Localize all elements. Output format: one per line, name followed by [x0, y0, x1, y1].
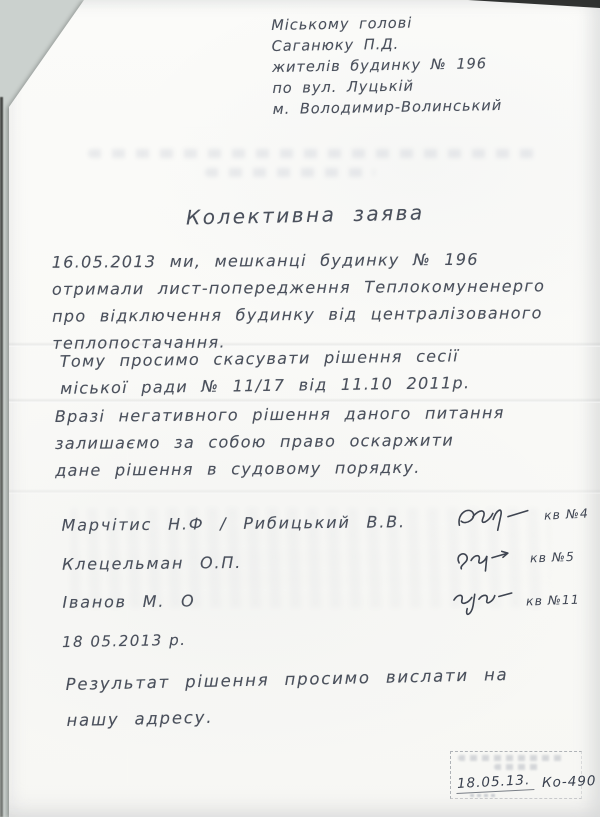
paragraph-3: Вразі негативного рішення даного питання… — [55, 399, 506, 484]
apartment-label: кв №11 — [526, 591, 580, 608]
paragraph-line: залишаємо за собою право оскаржити — [55, 426, 505, 457]
paper-sheet: Міському голові Саганюку П.Д. жителів бу… — [0, 0, 600, 817]
paragraph-line: про відключення будинку від централізова… — [52, 299, 545, 329]
apartment-label: кв №5 — [530, 548, 575, 565]
scanned-letter: Міському голові Саганюку П.Д. жителів бу… — [0, 0, 600, 817]
stamp-printed-text — [494, 764, 540, 770]
stamp-date: 18.05.13. — [456, 772, 535, 794]
paragraph-line: Вразі негативного рішення даного питання — [55, 399, 505, 430]
paragraph-1: 16.05.2013 ми, мешканці будинку № 196 от… — [52, 245, 546, 356]
signature-row-3: кв №11 — [445, 582, 580, 621]
scanner-edge-shadow — [0, 97, 3, 817]
paragraph-line: отримали лист-попередження Теплокомунене… — [52, 272, 545, 302]
apartment-label: кв №4 — [544, 505, 590, 522]
closing-block: Результат рішення просимо вислати на наш… — [65, 657, 509, 739]
letter-date: 18 05.2013 р. — [62, 631, 187, 651]
bleed-through-line — [88, 149, 540, 158]
stamp-registration-number: Ко-490 — [542, 773, 597, 791]
signatory-name: Клецельман О.П. — [62, 542, 407, 584]
stamp-entry-row: 18.05.13. Ко-490 — [456, 774, 577, 792]
stamp-printed-text — [458, 755, 564, 761]
signatory-name: Марчітис Н.Ф / Рибицький В.В. — [61, 503, 406, 545]
paragraph-2: Тому просимо скасувати рішення сесії міс… — [60, 342, 471, 402]
signature-row-2: кв №5 — [450, 541, 576, 575]
paragraph-line: дане рішення в судовому порядку. — [55, 453, 505, 484]
signatory-names: Марчітис Н.Ф / Рибицький В.В. Клецельман… — [61, 503, 406, 622]
signatory-name: Іванов М. О — [62, 580, 407, 622]
stamp-caption-microtext — [470, 794, 496, 797]
signature-squiggle-icon — [445, 584, 520, 621]
fold-crease — [9, 489, 600, 494]
recipient-block: Міському голові Саганюку П.Д. жителів бу… — [271, 12, 502, 121]
signature-row-1: кв №4 — [451, 496, 589, 535]
registration-stamp: 18.05.13. Ко-490 — [450, 751, 582, 799]
recipient-line: м. Володимир-Волинський — [273, 96, 503, 121]
paper-shadow-wrap: Міському голові Саганюку П.Д. жителів бу… — [0, 0, 600, 817]
paragraph-line: міської ради № 11/17 від 11.10 2011р. — [60, 369, 470, 402]
recipient-line: жителів будинку № 196 — [272, 54, 502, 79]
letter-title: Колективна заява — [186, 201, 425, 230]
signature-squiggle-icon — [451, 499, 539, 535]
signature-squiggle-icon — [450, 543, 525, 576]
bleed-through-line — [205, 168, 375, 177]
paragraph-line: 16.05.2013 ми, мешканці будинку № 196 — [52, 245, 545, 275]
